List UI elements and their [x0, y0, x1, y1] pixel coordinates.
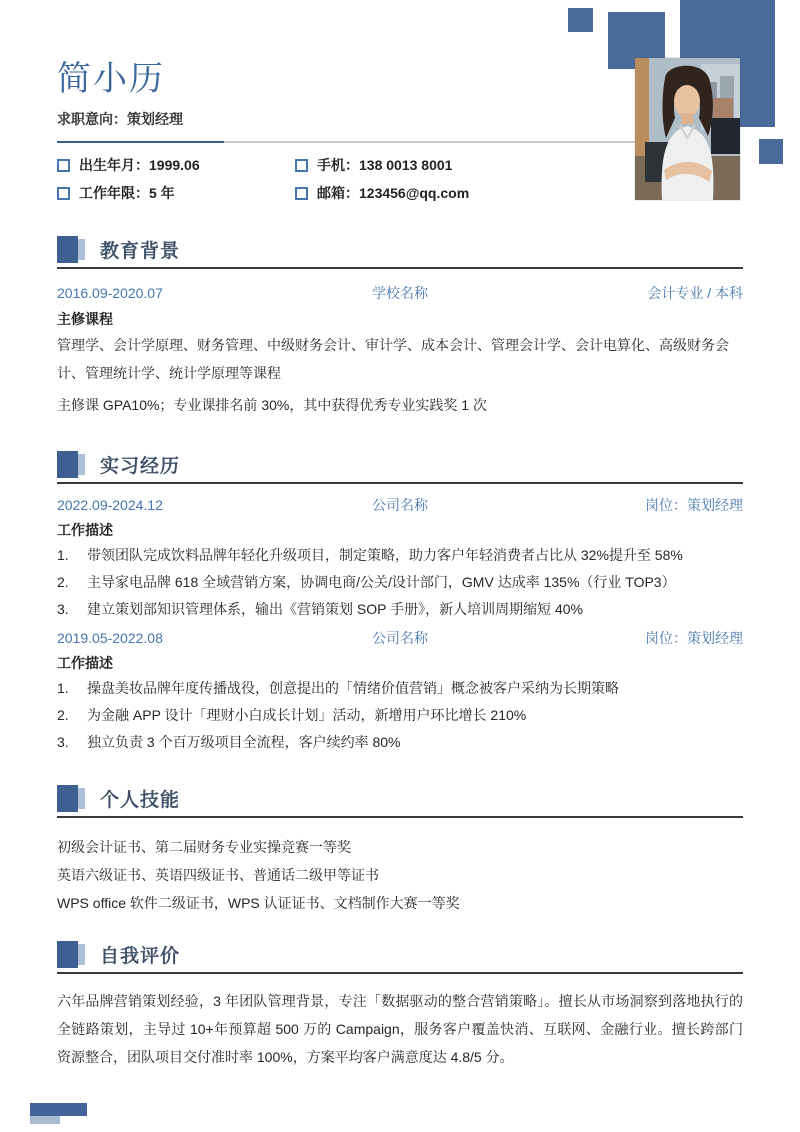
section-header-skills: 个人技能: [57, 785, 743, 812]
job1-achievement-list: 带领团队完成饮料品牌年轻化升级项目，制定策略，助力客户年轻消费者占比从 32%提…: [57, 542, 743, 623]
info-item-text: 邮箱：123456@qq.com: [317, 185, 469, 201]
info-item-text: 手机：138 0013 8001: [317, 157, 452, 173]
education-school: 学校名称: [286, 286, 515, 301]
section-header-education: 教育背景: [57, 236, 743, 263]
section-underline: [57, 267, 743, 269]
job1-position: 岗位：策划经理: [514, 498, 743, 513]
job2-position: 岗位：策划经理: [514, 631, 743, 646]
job2-company: 公司名称: [286, 631, 515, 646]
section-header-self-evaluation: 自我评价: [57, 941, 743, 968]
section-title-self-evaluation: 自我评价: [100, 941, 180, 968]
skill-line: 英语六级证书、英语四级证书、普通话二级甲等证书: [57, 861, 743, 889]
square-outline-icon: [295, 187, 308, 200]
list-item: 独立负责 3 个百万级项目全流程，客户续约率 80%: [57, 729, 743, 756]
info-item-birth: 出生年月：1999.06: [57, 157, 295, 173]
education-major-degree: 会计专业 / 本科: [514, 286, 743, 301]
list-item: 操盘美妆品牌年度传播战役，创意提出的「情绪价值营销」概念被客户采纳为长期策略: [57, 675, 743, 702]
section-title-education: 教育背景: [100, 236, 180, 263]
list-item: 建立策划部知识管理体系，输出《营销策划 SOP 手册》，新人培训周期缩短 40%: [57, 596, 743, 623]
section-skills: 个人技能 初级会计证书、第二届财务专业实操竞赛一等奖 英语六级证书、英语四级证书…: [57, 785, 743, 917]
education-achievement: 主修课 GPA10%；专业课排名前 30%，其中获得优秀专业实践奖 1 次: [57, 391, 743, 419]
section-self-evaluation: 自我评价 六年品牌营销策划经验，3 年团队管理背景，专注「数据驱动的整合营销策略…: [57, 941, 743, 1071]
job1-meta-row: 2022.09-2024.12 公司名称 岗位：策划经理: [57, 498, 743, 513]
section-title-internship: 实习经历: [100, 451, 180, 478]
section-marker-icon: [57, 451, 86, 478]
list-item: 带领团队完成饮料品牌年轻化升级项目，制定策略，助力客户年轻消费者占比从 32%提…: [57, 542, 743, 569]
skill-line: WPS office 软件二级证书，WPS 认证证书、文档制作大赛一等奖: [57, 889, 743, 917]
footer-ornament-bar-small: [30, 1116, 60, 1124]
section-underline: [57, 482, 743, 484]
job-entry-1: 2022.09-2024.12 公司名称 岗位：策划经理 工作描述 带领团队完成…: [57, 498, 743, 623]
job1-company: 公司名称: [286, 498, 515, 513]
list-item: 为金融 APP 设计「理财小白成长计划」活动，新增用户环比增长 210%: [57, 702, 743, 729]
decor-square-small-2: [759, 139, 783, 164]
skills-list: 初级会计证书、第二届财务专业实操竞赛一等奖 英语六级证书、英语四级证书、普通话二…: [57, 833, 743, 917]
footer-ornament-bar: [30, 1103, 87, 1116]
info-item-text: 工作年限：5 年: [79, 185, 175, 201]
section-marker-icon: [57, 236, 86, 263]
self-evaluation-text: 六年品牌营销策划经验，3 年团队管理背景，专注「数据驱动的整合营销策略」。擅长从…: [57, 987, 743, 1071]
resume-page: 简小历 求职意向：策划经理 出生年月：1999.06 手机：138 0013 8…: [0, 0, 800, 1132]
section-education: 教育背景 2016.09-2020.07 学校名称 会计专业 / 本科 主修课程…: [57, 236, 743, 419]
section-marker-icon: [57, 941, 86, 968]
education-period: 2016.09-2020.07: [57, 286, 286, 301]
job1-period: 2022.09-2024.12: [57, 498, 286, 513]
section-underline: [57, 816, 743, 818]
header-divider: [57, 141, 635, 143]
job2-meta-row: 2019.05-2022.08 公司名称 岗位：策划经理: [57, 631, 743, 646]
education-meta-row: 2016.09-2020.07 学校名称 会计专业 / 本科: [57, 286, 743, 301]
square-outline-icon: [57, 187, 70, 200]
section-underline: [57, 972, 743, 974]
job2-desc-label: 工作描述: [57, 656, 743, 671]
section-marker-icon: [57, 785, 86, 812]
job1-desc-label: 工作描述: [57, 523, 743, 538]
profile-photo: [635, 58, 740, 200]
job-entry-2: 2019.05-2022.08 公司名称 岗位：策划经理 工作描述 操盘美妆品牌…: [57, 631, 743, 756]
job2-achievement-list: 操盘美妆品牌年度传播战役，创意提出的「情绪价值营销」概念被客户采纳为长期策略 为…: [57, 675, 743, 756]
course-label: 主修课程: [57, 312, 743, 327]
info-item-text: 出生年月：1999.06: [79, 157, 200, 173]
profile-photo-illustration: [635, 58, 740, 200]
square-outline-icon: [295, 159, 308, 172]
skill-line: 初级会计证书、第二届财务专业实操竞赛一等奖: [57, 833, 743, 861]
section-internship: 实习经历 2022.09-2024.12 公司名称 岗位：策划经理 工作描述 带…: [57, 451, 743, 756]
section-header-internship: 实习经历: [57, 451, 743, 478]
section-title-skills: 个人技能: [100, 785, 180, 812]
list-item: 主导家电品牌 618 全域营销方案，协调电商/公关/设计部门，GMV 达成率 1…: [57, 569, 743, 596]
square-outline-icon: [57, 159, 70, 172]
job2-period: 2019.05-2022.08: [57, 631, 286, 646]
info-item-experience-years: 工作年限：5 年: [57, 185, 295, 201]
course-list: 管理学、会计学原理、财务管理、中级财务会计、审计学、成本会计、管理会计学、会计电…: [57, 331, 743, 387]
